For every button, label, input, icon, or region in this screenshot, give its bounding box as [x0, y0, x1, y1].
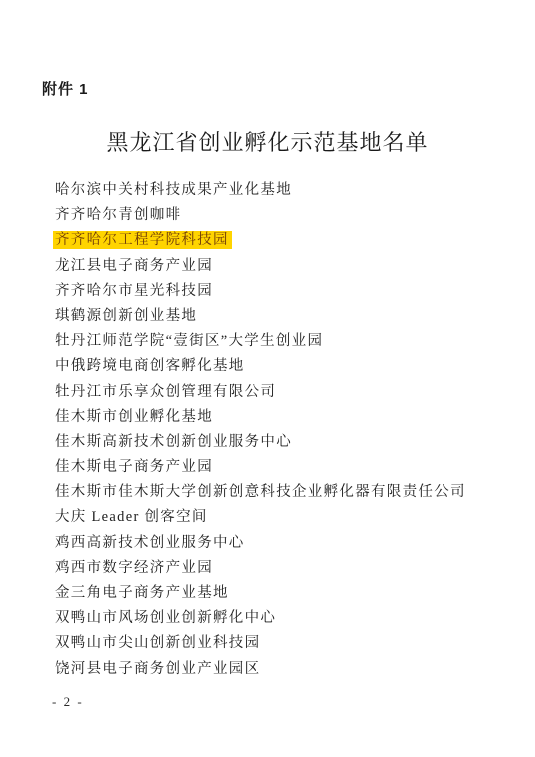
item-text: 佳木斯市创业孵化基地	[55, 409, 213, 425]
incubator-base-list: 哈尔滨中关村科技成果产业化基地齐齐哈尔青创咖啡齐齐哈尔工程学院科技园龙江县电子商…	[55, 178, 525, 682]
highlighted-item-text: 齐齐哈尔工程学院科技园	[53, 231, 232, 249]
list-item: 中俄跨境电商创客孵化基地	[55, 354, 525, 379]
item-text: 双鸭山市风场创业创新孵化中心	[55, 610, 276, 626]
attachment-label: 附件 1	[42, 78, 89, 99]
item-text: 哈尔滨中关村科技成果产业化基地	[55, 182, 292, 198]
list-item: 琪鹤源创新创业基地	[55, 304, 525, 329]
item-text: 中俄跨境电商创客孵化基地	[55, 358, 245, 374]
list-item: 哈尔滨中关村科技成果产业化基地	[55, 178, 525, 203]
item-text: 鸡西市数字经济产业园	[55, 560, 213, 576]
list-item: 佳木斯市创业孵化基地	[55, 405, 525, 430]
page-number: - 2 -	[52, 694, 84, 710]
list-item: 佳木斯高新技术创新创业服务中心	[55, 430, 525, 455]
item-text: 大庆 Leader 创客空间	[55, 509, 208, 525]
list-item: 金三角电子商务产业基地	[55, 581, 525, 606]
list-item: 鸡西高新技术创业服务中心	[55, 531, 525, 556]
item-text: 齐齐哈尔青创咖啡	[55, 207, 181, 223]
list-item: 鸡西市数字经济产业园	[55, 556, 525, 581]
document-page: 附件 1 黑龙江省创业孵化示范基地名单 哈尔滨中关村科技成果产业化基地齐齐哈尔青…	[0, 0, 535, 757]
list-item: 双鸭山市尖山创新创业科技园	[55, 631, 525, 656]
list-item: 齐齐哈尔青创咖啡	[55, 203, 525, 228]
list-item: 双鸭山市风场创业创新孵化中心	[55, 606, 525, 631]
item-text: 牡丹江市乐享众创管理有限公司	[55, 384, 276, 400]
list-item: 饶河县电子商务创业产业园区	[55, 657, 525, 682]
item-text: 双鸭山市尖山创新创业科技园	[55, 635, 260, 651]
item-text: 佳木斯电子商务产业园	[55, 459, 213, 475]
list-item: 齐齐哈尔市星光科技园	[55, 279, 525, 304]
item-text: 鸡西高新技术创业服务中心	[55, 535, 245, 551]
item-text: 齐齐哈尔市星光科技园	[55, 283, 213, 299]
list-item: 牡丹江师范学院“壹街区”大学生创业园	[55, 329, 525, 354]
item-text: 牡丹江师范学院“壹街区”大学生创业园	[55, 333, 323, 349]
list-item: 齐齐哈尔工程学院科技园	[55, 228, 525, 253]
list-item: 牡丹江市乐享众创管理有限公司	[55, 380, 525, 405]
list-item: 佳木斯市佳木斯大学创新创意科技企业孵化器有限责任公司	[55, 480, 525, 505]
list-item: 大庆 Leader 创客空间	[55, 505, 525, 530]
item-text: 饶河县电子商务创业产业园区	[55, 661, 260, 677]
item-text: 金三角电子商务产业基地	[55, 585, 229, 601]
list-item: 佳木斯电子商务产业园	[55, 455, 525, 480]
page-title: 黑龙江省创业孵化示范基地名单	[0, 126, 535, 157]
list-item: 龙江县电子商务产业园	[55, 254, 525, 279]
item-text: 龙江县电子商务产业园	[55, 258, 213, 274]
item-text: 佳木斯高新技术创新创业服务中心	[55, 434, 292, 450]
item-text: 佳木斯市佳木斯大学创新创意科技企业孵化器有限责任公司	[55, 484, 466, 500]
item-text: 琪鹤源创新创业基地	[55, 308, 197, 324]
